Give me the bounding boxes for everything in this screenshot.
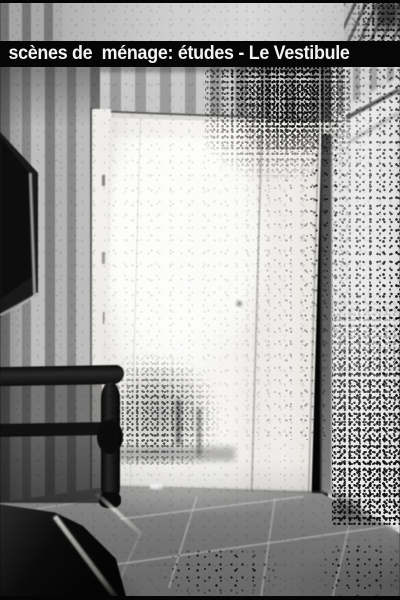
- junction-shadow: [328, 495, 368, 521]
- ceiling-corner-shadow: [376, 0, 400, 28]
- grout-line-v2: [260, 498, 276, 599]
- bench-gap-shade-lower: [0, 435, 102, 503]
- bench-arm-post-bulge: [97, 420, 123, 454]
- top-edge-bar: [0, 0, 400, 3]
- bench-gap-shade-upper: [0, 384, 102, 426]
- door-knob: [235, 300, 244, 308]
- photo-vestibule: [0, 0, 400, 600]
- title-text: scènes de ménage: études - Le Vestibule: [0, 41, 350, 67]
- poster: scènes de ménage: études - Le Vestibule: [0, 0, 400, 600]
- door-hinge-top: [102, 175, 105, 186]
- door-smudge: [112, 352, 217, 462]
- grout-line-h1: [120, 495, 304, 520]
- bench-bright-speck: [150, 484, 162, 489]
- bottom-edge-bar: [0, 596, 400, 600]
- door-smudge-streak-1: [176, 400, 181, 445]
- title-bar: scènes de ménage: études - Le Vestibule: [0, 41, 400, 67]
- door-edge-seam: [308, 124, 320, 496]
- door-edge-light-sliver: [332, 80, 338, 490]
- grout-line-h2: [112, 523, 400, 566]
- door-hinge-middle: [102, 252, 105, 264]
- door-bottom-smear: [115, 447, 235, 461]
- grout-line-v3: [330, 526, 349, 600]
- wallpaper-top-left: [0, 0, 62, 41]
